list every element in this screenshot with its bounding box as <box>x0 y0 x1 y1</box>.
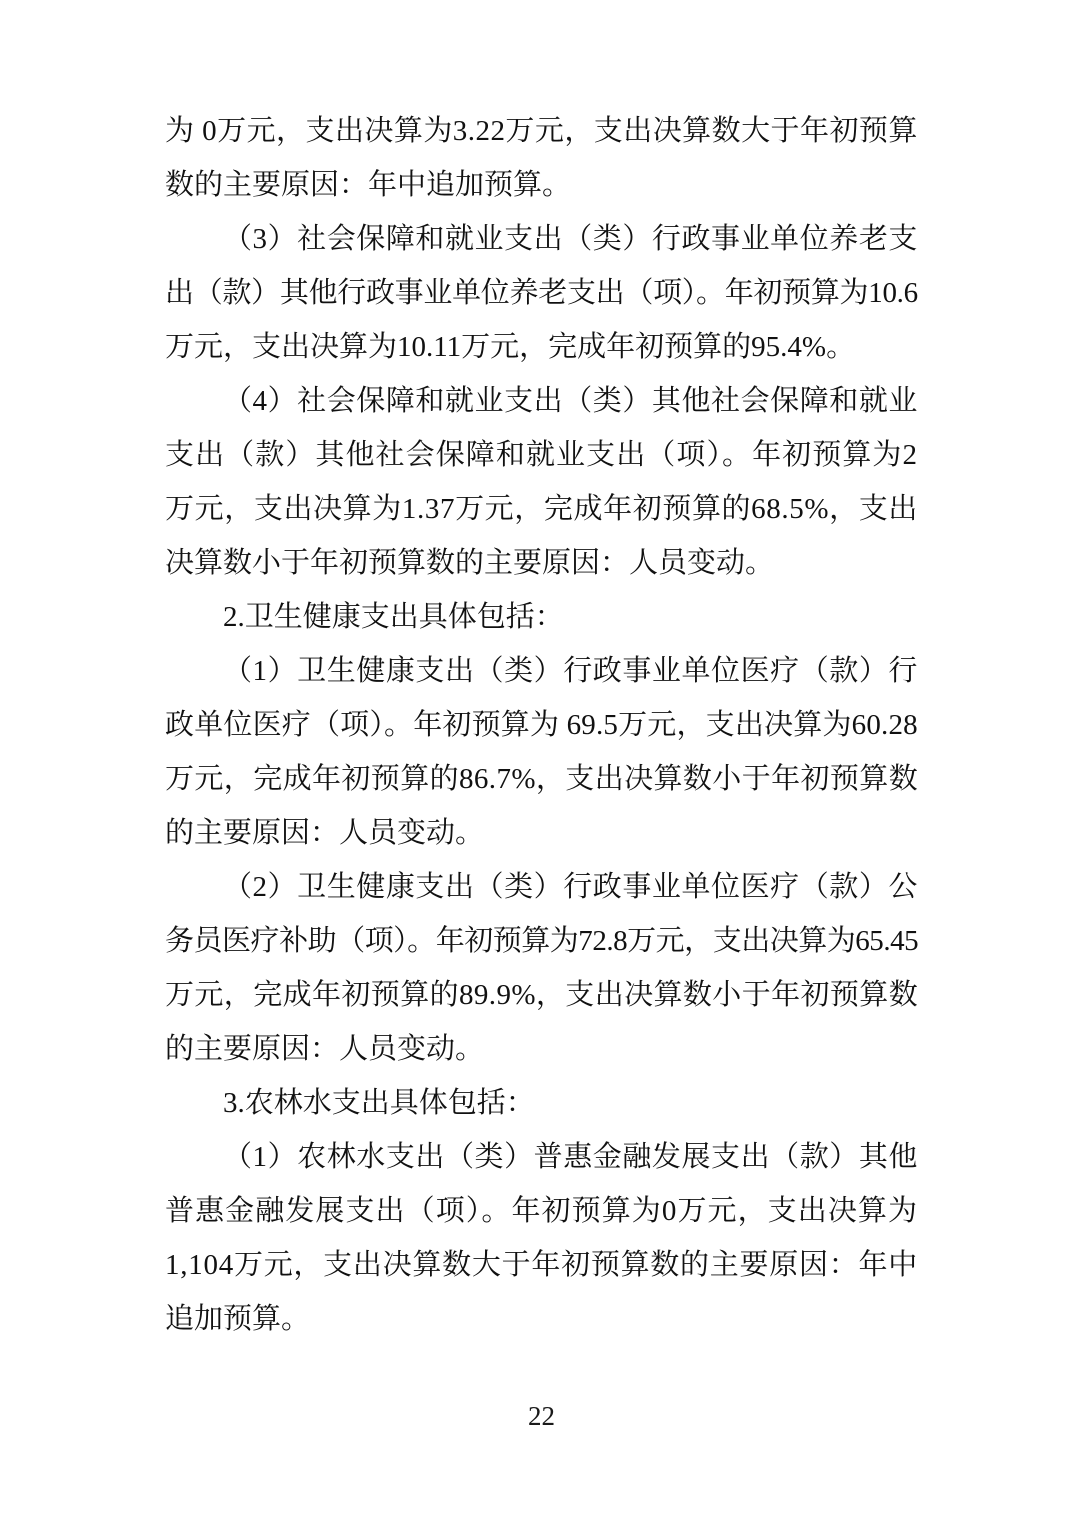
text-line: （4）社会保障和就业支出（类）其他社会保障和就业 <box>165 374 918 428</box>
text-line: 万元，完成年初预算的89.9%，支出决算数小于年初预算数 <box>165 968 918 1022</box>
text-line: 数的主要原因：年中追加预算。 <box>165 158 918 212</box>
text-line: （1）农林水支出（类）普惠金融发展支出（款）其他 <box>165 1130 918 1184</box>
paragraph: （1）农林水支出（类）普惠金融发展支出（款）其他普惠金融发展支出（项）。年初预算… <box>165 1130 918 1346</box>
paragraph: 2.卫生健康支出具体包括： <box>165 590 918 644</box>
text-line: 决算数小于年初预算数的主要原因：人员变动。 <box>165 536 918 590</box>
document-page: 为 0万元，支出决算为3.22万元，支出决算数大于年初预算数的主要原因：年中追加… <box>0 0 1074 1520</box>
text-line: 的主要原因：人员变动。 <box>165 1022 918 1076</box>
text-line: 普惠金融发展支出（项）。年初预算为0万元，支出决算为 <box>165 1184 918 1238</box>
text-line: （1）卫生健康支出（类）行政事业单位医疗（款）行 <box>165 644 918 698</box>
paragraph: 为 0万元，支出决算为3.22万元，支出决算数大于年初预算数的主要原因：年中追加… <box>165 104 918 212</box>
paragraph: 3.农林水支出具体包括： <box>165 1076 918 1130</box>
text-line: 1,104万元，支出决算数大于年初预算数的主要原因：年中 <box>165 1238 918 1292</box>
paragraph: （2）卫生健康支出（类）行政事业单位医疗（款）公务员医疗补助（项）。年初预算为7… <box>165 860 918 1076</box>
paragraph: （1）卫生健康支出（类）行政事业单位医疗（款）行政单位医疗（项）。年初预算为 6… <box>165 644 918 860</box>
text-line: （2）卫生健康支出（类）行政事业单位医疗（款）公 <box>165 860 918 914</box>
text-line: 2.卫生健康支出具体包括： <box>165 590 918 644</box>
text-line: 的主要原因：人员变动。 <box>165 806 918 860</box>
text-line: 万元，完成年初预算的86.7%，支出决算数小于年初预算数 <box>165 752 918 806</box>
text-line: 出（款）其他行政事业单位养老支出（项）。年初预算为10.6 <box>165 266 918 320</box>
text-line: 支出（款）其他社会保障和就业支出（项）。年初预算为2 <box>165 428 918 482</box>
paragraph: （3）社会保障和就业支出（类）行政事业单位养老支出（款）其他行政事业单位养老支出… <box>165 212 918 374</box>
text-line: 追加预算。 <box>165 1292 918 1346</box>
page-number: 22 <box>165 1396 918 1436</box>
paragraph: （4）社会保障和就业支出（类）其他社会保障和就业支出（款）其他社会保障和就业支出… <box>165 374 918 590</box>
text-line: 政单位医疗（项）。年初预算为 69.5万元，支出决算为60.28 <box>165 698 918 752</box>
text-line: 万元，支出决算为1.37万元，完成年初预算的68.5%，支出 <box>165 482 918 536</box>
document-content: 为 0万元，支出决算为3.22万元，支出决算数大于年初预算数的主要原因：年中追加… <box>165 104 918 1346</box>
text-line: 务员医疗补助（项）。年初预算为72.8万元，支出决算为65.45 <box>165 914 918 968</box>
text-line: 为 0万元，支出决算为3.22万元，支出决算数大于年初预算 <box>165 104 918 158</box>
text-line: 3.农林水支出具体包括： <box>165 1076 918 1130</box>
text-line: 万元，支出决算为10.11万元，完成年初预算的95.4%。 <box>165 320 918 374</box>
text-line: （3）社会保障和就业支出（类）行政事业单位养老支 <box>165 212 918 266</box>
